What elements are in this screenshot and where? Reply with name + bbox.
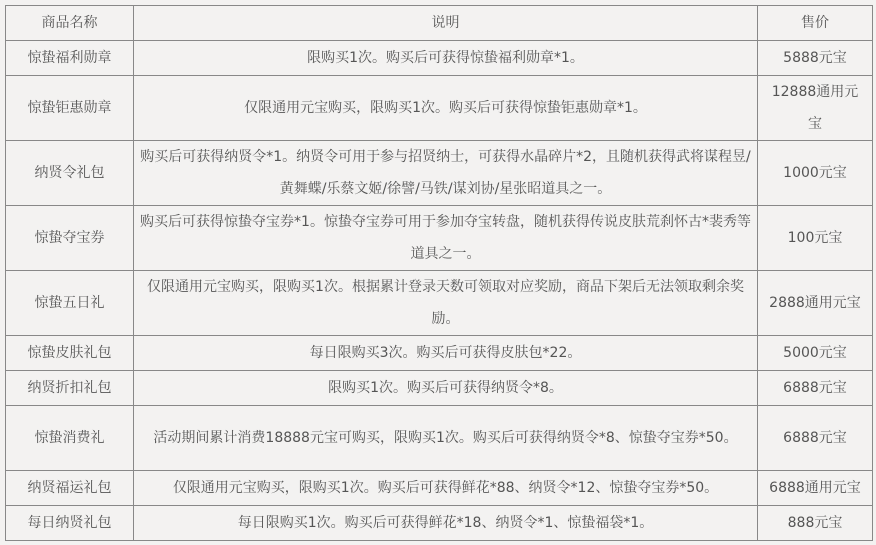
item-price: 5000元宝 [758, 336, 873, 371]
item-price: 1000元宝 [758, 141, 873, 206]
item-price: 888元宝 [758, 506, 873, 541]
item-name: 惊蛰皮肤礼包 [6, 336, 134, 371]
shop-items-table: 商品名称 说明 售价 惊蛰福利勋章 限购买1次。购买后可获得惊蛰福利勋章*1。 … [5, 5, 873, 541]
table-row: 惊蛰钜惠勋章 仅限通用元宝购买，限购买1次。购买后可获得惊蛰钜惠勋章*1。 12… [6, 76, 873, 141]
item-name: 惊蛰福利勋章 [6, 41, 134, 76]
table-row: 每日纳贤礼包 每日限购买1次。购买后可获得鲜花*18、纳贤令*1、惊蛰福袋*1。… [6, 506, 873, 541]
table-row: 惊蛰夺宝券 购买后可获得惊蛰夺宝券*1。惊蛰夺宝券可用于参加夺宝转盘，随机获得传… [6, 206, 873, 271]
table-row: 纳贤福运礼包 仅限通用元宝购买，限购买1次。购买后可获得鲜花*88、纳贤令*12… [6, 471, 873, 506]
item-price-cell: 12888通用元宝 [758, 76, 873, 141]
item-name: 纳贤令礼包 [6, 141, 134, 206]
item-name: 纳贤福运礼包 [6, 471, 134, 506]
item-description: 购买后可获得纳贤令*1。纳贤令可用于参与招贤纳士，可获得水晶碎片*2，且随机获得… [134, 141, 758, 206]
table-header-row: 商品名称 说明 售价 [6, 6, 873, 41]
table-row: 惊蛰福利勋章 限购买1次。购买后可获得惊蛰福利勋章*1。 5888元宝 [6, 41, 873, 76]
table-row: 惊蛰五日礼 仅限通用元宝购买，限购买1次。根据累计登录天数可领取对应奖励，商品下… [6, 271, 873, 336]
item-price: 6888元宝 [758, 406, 873, 471]
item-description: 仅限通用元宝购买，限购买1次。根据累计登录天数可领取对应奖励，商品下架后无法领取… [134, 271, 758, 336]
item-price: 100元宝 [758, 206, 873, 271]
item-description: 限购买1次。购买后可获得惊蛰福利勋章*1。 [134, 41, 758, 76]
item-description: 仅限通用元宝购买，限购买1次。购买后可获得鲜花*88、纳贤令*12、惊蛰夺宝券*… [134, 471, 758, 506]
header-description: 说明 [134, 6, 758, 41]
header-item-name: 商品名称 [6, 6, 134, 41]
item-name: 惊蛰五日礼 [6, 271, 134, 336]
item-name: 惊蛰消费礼 [6, 406, 134, 471]
item-price: 6888通用元宝 [758, 471, 873, 506]
item-name: 惊蛰钜惠勋章 [6, 76, 134, 141]
item-price: 2888通用元宝 [758, 271, 873, 336]
shop-items-table-container: 商品名称 说明 售价 惊蛰福利勋章 限购买1次。购买后可获得惊蛰福利勋章*1。 … [5, 5, 873, 541]
header-price: 售价 [758, 6, 873, 41]
item-description: 限购买1次。购买后可获得纳贤令*8。 [134, 371, 758, 406]
item-description: 每日限购买3次。购买后可获得皮肤包*22。 [134, 336, 758, 371]
item-price: 5888元宝 [758, 41, 873, 76]
table-row: 惊蛰皮肤礼包 每日限购买3次。购买后可获得皮肤包*22。 5000元宝 [6, 336, 873, 371]
item-price: 6888元宝 [758, 371, 873, 406]
item-name: 每日纳贤礼包 [6, 506, 134, 541]
item-description: 活动期间累计消费18888元宝可购买，限购买1次。购买后可获得纳贤令*8、惊蛰夺… [134, 406, 758, 471]
item-name: 惊蛰夺宝券 [6, 206, 134, 271]
table-row: 惊蛰消费礼 活动期间累计消费18888元宝可购买，限购买1次。购买后可获得纳贤令… [6, 406, 873, 471]
item-description: 每日限购买1次。购买后可获得鲜花*18、纳贤令*1、惊蛰福袋*1。 [134, 506, 758, 541]
item-price: 12888通用元宝 [765, 76, 865, 140]
item-name: 纳贤折扣礼包 [6, 371, 134, 406]
table-row: 纳贤折扣礼包 限购买1次。购买后可获得纳贤令*8。 6888元宝 [6, 371, 873, 406]
item-description: 仅限通用元宝购买，限购买1次。购买后可获得惊蛰钜惠勋章*1。 [134, 76, 758, 141]
table-row: 纳贤令礼包 购买后可获得纳贤令*1。纳贤令可用于参与招贤纳士，可获得水晶碎片*2… [6, 141, 873, 206]
item-description: 购买后可获得惊蛰夺宝券*1。惊蛰夺宝券可用于参加夺宝转盘，随机获得传说皮肤荒刹怀… [134, 206, 758, 271]
